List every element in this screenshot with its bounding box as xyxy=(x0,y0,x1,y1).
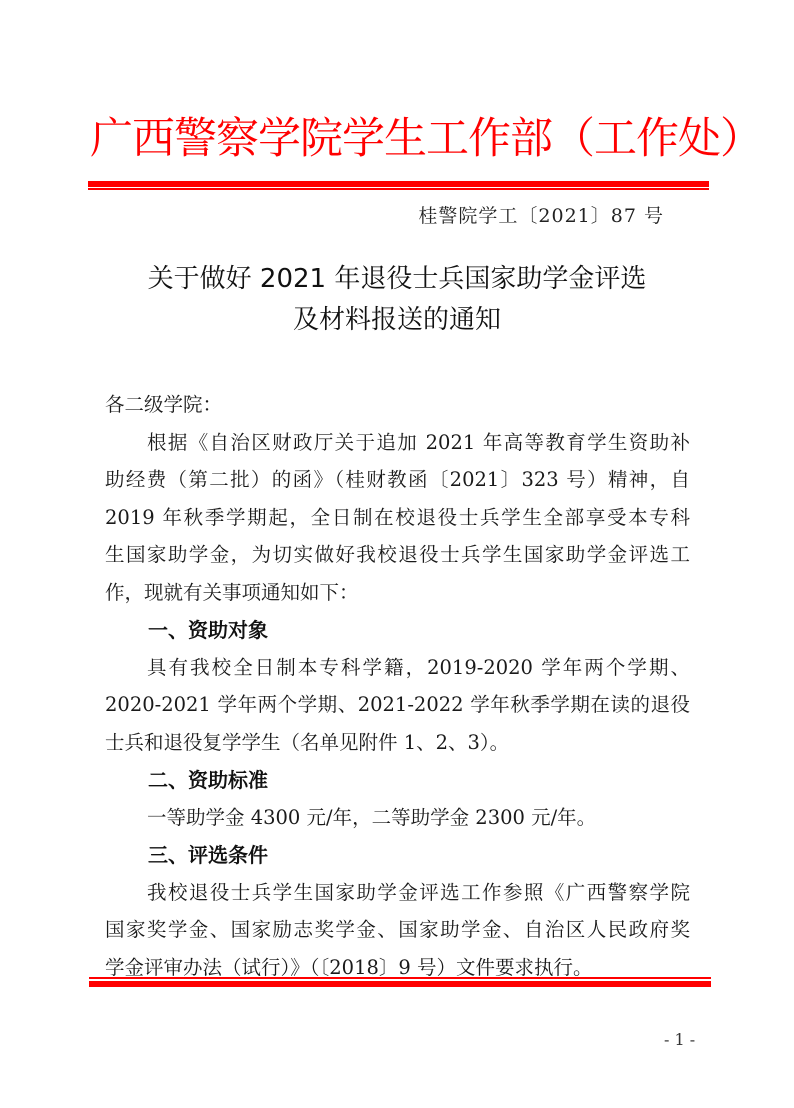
section-heading-recipients: 一、资助对象 xyxy=(148,615,268,645)
masthead-rule-thick xyxy=(88,181,709,187)
notice-title-line-2: 及材料报送的通知 xyxy=(100,300,694,340)
intro-line: 根据《自治区财政厅关于追加 2021 年高等教育学生资助补 xyxy=(147,428,690,458)
section-line: 一等助学金 4300 元/年，二等助学金 2300 元/年。 xyxy=(147,803,690,833)
notice-title-line-1: 关于做好 2021 年退役士兵国家助学金评选 xyxy=(100,259,694,299)
footer-rule-thin xyxy=(89,977,711,979)
section-heading-criteria: 三、评选条件 xyxy=(148,840,268,870)
section-heading-standard: 二、资助标准 xyxy=(148,765,268,795)
intro-line: 2019 年秋季学期起，全日制在校退役士兵学生全部享受本专科 xyxy=(105,503,690,533)
intro-line: 生国家助学金，为切实做好我校退役士兵学生国家助学金评选工 xyxy=(105,540,690,570)
footer-rule-thick xyxy=(89,981,711,987)
section-line: 国家奖学金、国家励志奖学金、国家助学金、自治区人民政府奖 xyxy=(105,915,690,945)
masthead-rule-thin xyxy=(88,188,709,190)
document-number: 桂警院学工〔2021〕87 号 xyxy=(418,202,664,230)
section-line: 我校退役士兵学生国家助学金评选工作参照《广西警察学院 xyxy=(147,878,690,908)
section-line: 士兵和退役复学学生（名单见附件 1、2、3）。 xyxy=(105,728,690,758)
intro-line: 助经费（第二批）的函》（桂财教函〔2021〕323 号）精神，自 xyxy=(105,465,690,495)
document-page: 广西警察学院学生工作部（工作处） 桂警院学工〔2021〕87 号 关于做好 20… xyxy=(0,0,794,1108)
intro-line: 作，现就有关事项通知如下： xyxy=(105,578,690,608)
section-line: 2020-2021 学年两个学期、2021-2022 学年秋季学期在读的退役 xyxy=(105,690,690,720)
salutation: 各二级学院： xyxy=(105,390,690,420)
masthead-title: 广西警察学院学生工作部（工作处） xyxy=(90,112,704,166)
section-line: 具有我校全日制本专科学籍，2019-2020 学年两个学期、 xyxy=(147,653,690,683)
page-number: - 1 - xyxy=(664,1028,695,1052)
